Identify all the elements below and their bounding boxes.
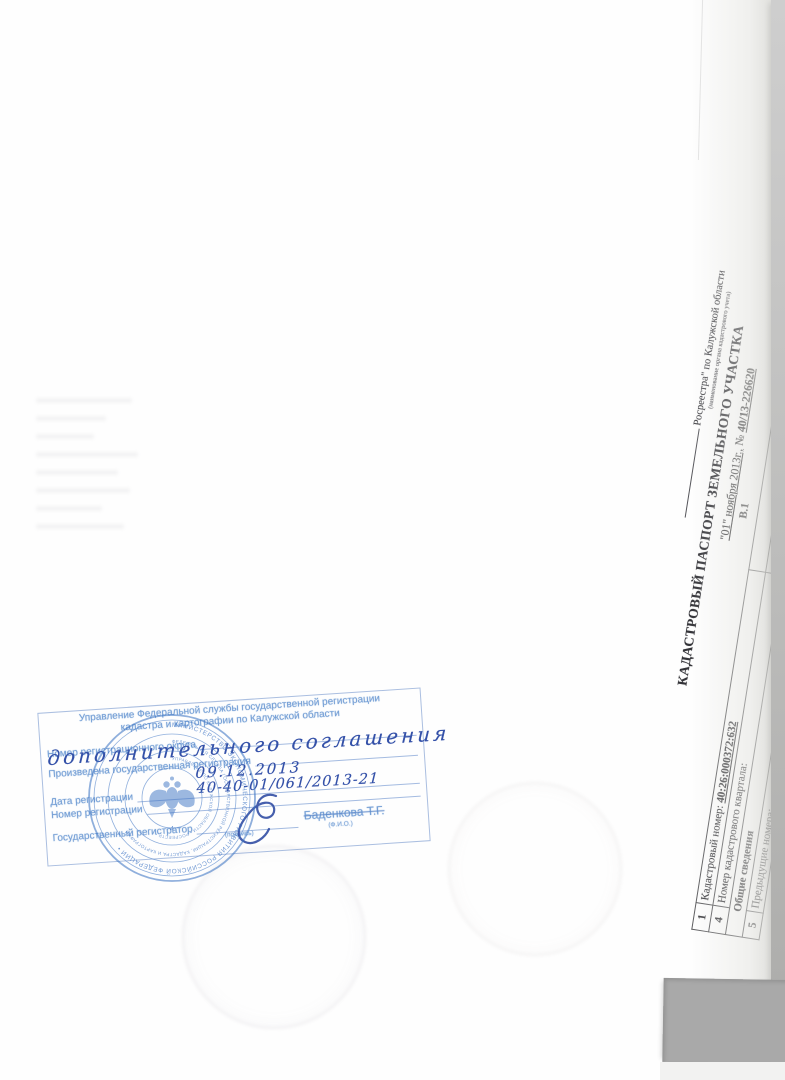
ghost-stamp-ring — [448, 782, 622, 956]
seal-center-number: 4 — [170, 826, 174, 833]
official-round-seal: МИНИСТЕРСТВО ЭКОНОМИЧЕСКОГО РАЗВИТИЯ РОС… — [86, 712, 258, 884]
scanned-document-page: Росреестра" по Калужской области (наимен… — [0, 0, 785, 1080]
scan-bottom-margin — [660, 1062, 785, 1080]
coat-of-arms-eagle — [149, 777, 194, 819]
fio-caption: (Ф.И.О.) — [328, 820, 353, 829]
registrar-name: Баденкова Т.Г. — [303, 803, 385, 822]
scanner-edge-strip — [771, 0, 785, 990]
show-through-text — [36, 398, 156, 542]
under-page-edge-shading — [690, 0, 775, 985]
scanner-backing — [662, 978, 785, 1064]
